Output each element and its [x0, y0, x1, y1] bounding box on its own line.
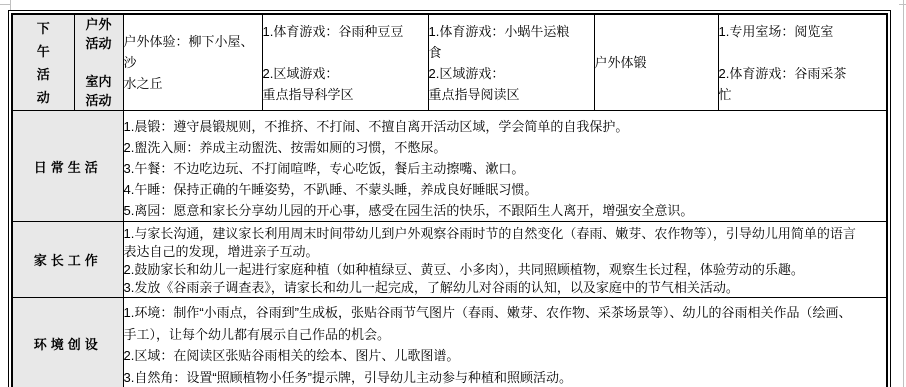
crop-gridline-right-vertical [903, 0, 904, 387]
cell-daily-life-content: 1.晨锻：遵守晨锻规则，不推挤、不打闹、不擅自离开活动区域，学会简单的自我保护。… [123, 111, 887, 222]
table-row-parent-work: 家长工作 1.与家长沟通，建议家长利用周末时间带幼儿到户外观察谷雨时节的自然变化… [12, 222, 887, 298]
cell-sports-game-snail: 1.体育游戏：小蜗牛运粮 食 2.区域游戏： 重点指导阅读区 [428, 14, 594, 111]
table-row-environment-setup: 环境创设 1.环境：制作“小雨点，谷雨到”生成板，张贴谷雨节气图片（春雨、嫩芽、… [12, 298, 887, 387]
kindergarten-weekly-plan-table: 下 午 活 动 户外 活动 室内 活动 户外体验：柳下小屋、沙 水之丘 1.体育… [8, 10, 891, 387]
row-header-environment-setup: 环境创设 [12, 298, 123, 387]
cell-environment-setup-content: 1.环境：制作“小雨点，谷雨到”生成板，张贴谷雨节气图片（春雨、嫩芽、农作物、采… [123, 298, 887, 387]
row-header-daily-life: 日常生活 [12, 111, 123, 222]
row-header-parent-work: 家长工作 [12, 222, 123, 298]
cell-outdoor-exercise: 户外体锻 [594, 14, 718, 111]
cell-parent-work-content: 1.与家长沟通，建议家长利用周末时间带幼儿到户外观察谷雨时节的自然变化（春雨、嫩… [123, 222, 887, 298]
cell-outdoor-experience: 户外体验：柳下小屋、沙 水之丘 [123, 14, 262, 111]
cell-sports-game-beans: 1.体育游戏：谷雨种豆豆 2.区域游戏： 重点指导科学区 [262, 14, 428, 111]
row-header-activity-types: 户外 活动 室内 活动 [74, 14, 123, 111]
row-header-afternoon-activity: 下 午 活 动 [12, 14, 74, 111]
document-page: { "colors": { "label_cell_background": "… [0, 0, 906, 387]
schedule-table: 下 午 活 动 户外 活动 室内 活动 户外体验：柳下小屋、沙 水之丘 1.体育… [11, 13, 888, 387]
table-row-afternoon-activities: 下 午 活 动 户外 活动 室内 活动 户外体验：柳下小屋、沙 水之丘 1.体育… [12, 14, 887, 111]
table-row-daily-life: 日常生活 1.晨锻：遵守晨锻规则，不推挤、不打闹、不擅自离开活动区域，学会简单的… [12, 111, 887, 222]
cell-special-room: 1.专用室场：阅览室 2.体育游戏：谷雨采茶 忙 [718, 14, 887, 111]
